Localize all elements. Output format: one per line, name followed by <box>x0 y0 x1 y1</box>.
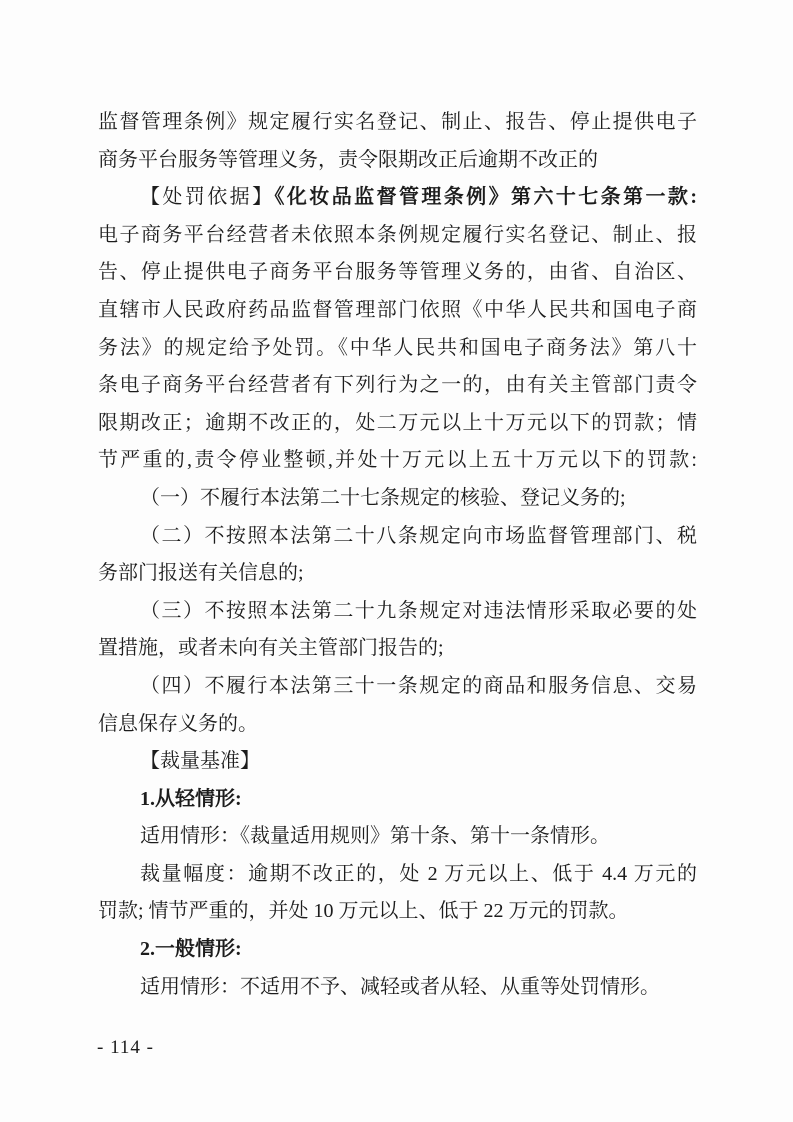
text-segment: 条电子商务平台经营者有下列行为之一的，由有关主管部门责令 <box>98 374 697 396</box>
text-segment: 《化妆品监督管理条例》第六十七条第一款: <box>274 186 697 208</box>
text-line: 条电子商务平台经营者有下列行为之一的，由有关主管部门责令 <box>98 367 697 405</box>
discretion-benchmark-heading: 【裁量基准】 <box>98 743 697 781</box>
text-segment: 直辖市人民政府药品监督管理部门依照《中华人民共和国电子商 <box>98 299 697 321</box>
text-segment: （四）不履行本法第三十一条规定的商品和服务信息、交易 <box>140 675 697 697</box>
text-segment: 信息保存义务的。 <box>98 713 258 735</box>
text-line: 务部门报送有关信息的; <box>98 555 697 593</box>
text-line: 监督管理条例》规定履行实名登记、制止、报告、停止提供电子 <box>98 104 697 142</box>
text-line: 裁量幅度：逾期不改正的，处 2 万元以上、低于 4.4 万元的 <box>98 856 697 894</box>
text-line: 罚款; 情节严重的，并处 10 万元以上、低于 22 万元的罚款。 <box>98 893 697 931</box>
lenient-case-heading: 1.从轻情形: <box>98 781 697 819</box>
document-body: 监督管理条例》规定履行实名登记、制止、报告、停止提供电子商务平台服务等管理义务，… <box>98 104 697 1006</box>
penalty-basis-heading: 【处罚依据】《化妆品监督管理条例》第六十七条第一款: <box>98 179 697 217</box>
text-segment: 适用情形：《裁量适用规则》第十条、第十一条情形。 <box>140 825 610 847</box>
text-segment: 裁量幅度：逾期不改正的，处 2 万元以上、低于 4.4 万元的 <box>140 863 697 885</box>
text-segment: 商务平台服务等管理义务，责令限期改正后逾期不改正的 <box>98 149 598 171</box>
text-segment: 2.一般情形: <box>140 938 242 960</box>
text-segment: 监督管理条例》规定履行实名登记、制止、报告、停止提供电子 <box>98 111 697 133</box>
text-line: 信息保存义务的。 <box>98 706 697 744</box>
text-line: 限期改正；逾期不改正的，处二万元以上十万元以下的罚款；情 <box>98 405 697 443</box>
text-segment: （一）不履行本法第二十七条规定的核验、登记义务的; <box>140 487 626 509</box>
text-segment: 电子商务平台经营者未依照本条例规定履行实名登记、制止、报 <box>98 224 697 246</box>
text-line: 电子商务平台经营者未依照本条例规定履行实名登记、制止、报 <box>98 217 697 255</box>
general-case-heading: 2.一般情形: <box>98 931 697 969</box>
text-segment: 【处罚依据】 <box>140 186 274 208</box>
text-segment: 适用情形：不适用不予、减轻或者从轻、从重等处罚情形。 <box>140 976 660 998</box>
list-item-one: （一）不履行本法第二十七条规定的核验、登记义务的; <box>98 480 697 518</box>
text-line: 务法》的规定给予处罚。《中华人民共和国电子商务法》第八十 <box>98 330 697 368</box>
text-segment: 务部门报送有关信息的; <box>98 562 304 584</box>
text-segment: 【裁量基准】 <box>140 750 260 772</box>
document-page: { "page": { "background_color": "#fdfdfd… <box>0 0 793 1122</box>
text-segment: 置措施，或者未向有关主管部门报告的; <box>98 637 444 659</box>
text-segment: 1.从轻情形: <box>140 788 242 810</box>
text-segment: 告、停止提供电子商务平台服务等管理义务的，由省、自治区、 <box>98 261 697 283</box>
list-item-two: （二）不按照本法第二十八条规定向市场监督管理部门、税 <box>98 518 697 556</box>
text-segment: 限期改正；逾期不改正的，处二万元以上十万元以下的罚款；情 <box>98 412 697 434</box>
text-segment: （三）不按照本法第二十九条规定对违法情形采取必要的处 <box>140 600 697 622</box>
text-segment: 务法》的规定给予处罚。《中华人民共和国电子商务法》第八十 <box>98 337 697 359</box>
text-line: 商务平台服务等管理义务，责令限期改正后逾期不改正的 <box>98 142 697 180</box>
text-line: 节严重的,责令停业整顿,并处十万元以上五十万元以下的罚款: <box>98 442 697 480</box>
page-number: - 114 - <box>97 1036 154 1060</box>
text-line: 适用情形：不适用不予、减轻或者从轻、从重等处罚情形。 <box>98 969 697 1007</box>
text-segment: （二）不按照本法第二十八条规定向市场监督管理部门、税 <box>140 525 697 547</box>
list-item-four: （四）不履行本法第三十一条规定的商品和服务信息、交易 <box>98 668 697 706</box>
text-line: 置措施，或者未向有关主管部门报告的; <box>98 630 697 668</box>
text-segment: 罚款; 情节严重的，并处 10 万元以上、低于 22 万元的罚款。 <box>98 900 629 922</box>
text-segment: 节严重的,责令停业整顿,并处十万元以上五十万元以下的罚款: <box>98 449 697 471</box>
list-item-three: （三）不按照本法第二十九条规定对违法情形采取必要的处 <box>98 593 697 631</box>
text-line: 告、停止提供电子商务平台服务等管理义务的，由省、自治区、 <box>98 254 697 292</box>
text-line: 适用情形：《裁量适用规则》第十条、第十一条情形。 <box>98 818 697 856</box>
text-line: 直辖市人民政府药品监督管理部门依照《中华人民共和国电子商 <box>98 292 697 330</box>
